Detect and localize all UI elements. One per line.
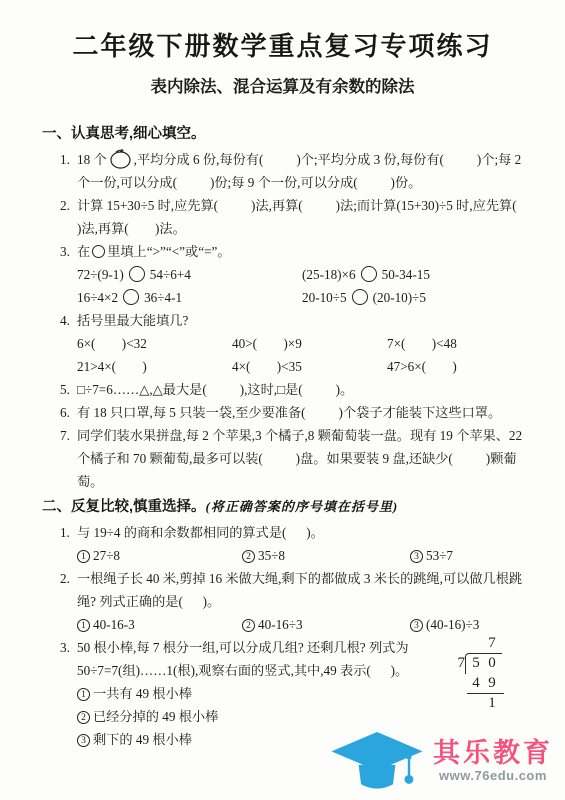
expression-right: 54÷6+4: [150, 267, 191, 282]
expression-left: 16÷4×2: [77, 290, 118, 305]
section2-heading-note: (将正确答案的序号填在括号里): [206, 499, 399, 514]
question-number: 5.: [60, 378, 77, 401]
dividend-digit: 5: [468, 654, 484, 673]
expression-left: 72÷(9-1): [77, 267, 124, 282]
worksheet-body: 一、认真思考,细心填空。 1.18 个,平均分成 6 份,每份有( )个;平均分…: [0, 99, 565, 751]
page-subtitle: 表内除法、混合运算及有余数的除法: [20, 76, 545, 99]
choice-label: 40-16-3: [93, 617, 135, 632]
question-number: 2.: [60, 194, 77, 217]
question-1-7: 7.同学们装水果拼盘,每 2 个苹果,3 个橘子,8 颗葡萄装一盘。现有 19 …: [60, 424, 533, 493]
long-division-main: 750: [453, 653, 531, 674]
question-text: 一根绳子长 40 米,剪掉 16 米做大绳,剩下的都做成 3 米长的跳绳,可以做…: [77, 571, 522, 609]
question-number: 1.: [60, 148, 77, 171]
compare-expression: 20-10÷5(20-10)÷5: [302, 286, 533, 309]
choice: 3(40-16)÷3: [410, 613, 533, 636]
choice-label: 40-16÷3: [258, 617, 303, 632]
footer-url: www.76edu.com: [433, 768, 553, 784]
expression-right: 36÷4-1: [144, 290, 182, 305]
circled-number-icon: 1: [77, 550, 90, 563]
footer-text: 其乐教育 www.76edu.com: [433, 738, 553, 784]
compare-circle: [352, 289, 368, 305]
question-number: 2.: [60, 567, 77, 590]
choice-label: 27÷8: [93, 548, 120, 563]
long-division-quotient: 7: [484, 634, 531, 653]
expression-left: 20-10÷5: [302, 290, 347, 305]
footer-logo: 其乐教育 www.76edu.com: [327, 730, 553, 792]
expression: 7×( )<48: [387, 332, 533, 355]
choice-row: 127÷8 235÷8 353÷7: [77, 544, 533, 567]
question-text: 有 18 只口罩,每 5 只装一袋,至少要准备( )个袋子才能装下这些口罩。: [77, 405, 501, 420]
question-1-1: 1.18 个,平均分成 6 份,每份有( )个;平均分成 3 份,每份有( )个…: [60, 148, 533, 194]
compare-expression: 16÷4×236÷4-1: [77, 286, 302, 309]
compare-circle: [123, 289, 139, 305]
dividend-bracket: 50: [465, 653, 502, 674]
question-number: 1.: [60, 521, 77, 544]
question-text: 在: [77, 244, 90, 259]
expression-right: 50-34-15: [382, 267, 430, 282]
question-number: 3.: [60, 240, 77, 263]
quotient-digit: 7: [484, 634, 500, 653]
question-text: 同学们装水果拼盘,每 2 个苹果,3 个橘子,8 颗葡萄装一盘。现有 19 个苹…: [77, 428, 525, 489]
expression: 6×( )<32: [77, 332, 232, 355]
page-title: 二年级下册数学重点复习专项练习: [20, 30, 545, 62]
choice-label: 一共有 49 根小棒: [93, 686, 192, 701]
expression: 21>4×( ): [77, 355, 232, 378]
choice: 235÷8: [242, 544, 410, 567]
question-1-3: 3.在里填上“>”“<”或“=”。 72÷(9-1)54÷6+4 (25-18)…: [60, 240, 533, 309]
compare-circle: [361, 266, 377, 282]
footer-brand: 其乐教育: [433, 738, 553, 768]
question-number: 3.: [60, 636, 77, 659]
question-text: 50 根小棒,每 7 根分一组,可以分成几组? 还剩几根? 列式为 50÷7=7…: [77, 640, 412, 678]
question-text: ,平均分成 6 份,每份有( )个;平均分成 3 份,每份有( )个;每 2 个…: [77, 152, 525, 190]
expression-right: (20-10)÷5: [373, 290, 426, 305]
expression: 4×( )<35: [232, 355, 387, 378]
fill-max-grid: 6×( )<32 40>( )×9 7×( )<48 21>4×( ) 4×( …: [77, 332, 533, 378]
choice-label: 53÷7: [426, 548, 453, 563]
question-2-1: 1.与 19÷4 的商和余数都相同的算式是( )。 127÷8 235÷8 35…: [60, 521, 533, 567]
choice-label: (40-16)÷3: [426, 617, 479, 632]
expression: 40>( )×9: [232, 332, 387, 355]
question-text: 括号里最大能填几?: [77, 313, 188, 328]
choice: 240-16÷3: [242, 613, 410, 636]
question-1-5: 5.□÷7=6……△,△最大是( ),这时,□是( )。: [60, 378, 533, 401]
question-text: 与 19÷4 的商和余数都相同的算式是( )。: [77, 525, 324, 540]
question-text: 18 个: [77, 152, 107, 167]
remainder-digit: 1: [484, 694, 500, 713]
fill-circle: [92, 245, 105, 258]
question-1-2: 2.计算 15+30÷5 时,应先算( )法,再算( )法;而计算(15+30)…: [60, 194, 533, 240]
circled-number-icon: 2: [242, 619, 255, 632]
apple-icon: [108, 148, 133, 169]
circled-number-icon: 1: [77, 619, 90, 632]
question-1-4: 4.括号里最大能填几? 6×( )<32 40>( )×9 7×( )<48 2…: [60, 309, 533, 378]
choice-label: 已经分掉的 49 根小棒: [93, 709, 218, 724]
subtract-digit: 4: [468, 674, 484, 693]
circled-number-icon: 2: [77, 711, 90, 724]
expression: 47>6×( ): [387, 355, 533, 378]
long-division-subtract: 49: [467, 674, 504, 694]
circled-number-icon: 3: [410, 619, 423, 632]
graduation-cap-icon: [327, 730, 427, 792]
question-number: 7.: [60, 424, 77, 447]
choice: 353÷7: [410, 544, 533, 567]
question-text: □÷7=6……△,△最大是( ),这时,□是( )。: [77, 382, 353, 397]
question-2-2: 2.一根绳子长 40 米,剪掉 16 米做大绳,剩下的都做成 3 米长的跳绳,可…: [60, 567, 533, 636]
question-number: 4.: [60, 309, 77, 332]
question-text: 里填上“>”“<”或“=”。: [107, 244, 230, 259]
section1-heading: 一、认真思考,细心填空。: [42, 123, 533, 146]
question-1-6: 6.有 18 只口罩,每 5 只装一袋,至少要准备( )个袋子才能装下这些口罩。: [60, 401, 533, 424]
question-number: 6.: [60, 401, 77, 424]
long-division-figure: 7 750 49 1: [453, 634, 531, 713]
section2-heading-text: 二、反复比较,慎重选择。: [42, 499, 206, 515]
circled-number-icon: 3: [410, 550, 423, 563]
choice-label: 剩下的 49 根小棒: [93, 732, 192, 747]
expression-left: (25-18)×6: [302, 267, 356, 282]
compare-expression: 72÷(9-1)54÷6+4: [77, 263, 302, 286]
divisor-digit: 7: [453, 654, 465, 673]
subtract-digit: 9: [484, 674, 500, 693]
long-division-remainder: 1: [484, 694, 501, 713]
compare-grid: 72÷(9-1)54÷6+4 (25-18)×650-34-15 16÷4×23…: [77, 263, 533, 309]
question-text: 计算 15+30÷5 时,应先算( )法,再算( )法;而计算(15+30)÷5…: [77, 198, 543, 236]
circled-number-icon: 3: [77, 734, 90, 747]
section2-heading: 二、反复比较,慎重选择。(将正确答案的序号填在括号里): [42, 495, 533, 519]
choice-row: 140-16-3 240-16÷3 3(40-16)÷3: [77, 613, 533, 636]
compare-circle: [129, 266, 145, 282]
dividend-digit: 0: [484, 654, 500, 673]
choice-label: 35÷8: [258, 548, 285, 563]
circled-number-icon: 2: [242, 550, 255, 563]
choice: 127÷8: [77, 544, 242, 567]
worksheet-page: 二年级下册数学重点复习专项练习 表内除法、混合运算及有余数的除法 一、认真思考,…: [0, 0, 565, 800]
circled-number-icon: 1: [77, 688, 90, 701]
choice: 140-16-3: [77, 613, 242, 636]
compare-expression: (25-18)×650-34-15: [302, 263, 533, 286]
